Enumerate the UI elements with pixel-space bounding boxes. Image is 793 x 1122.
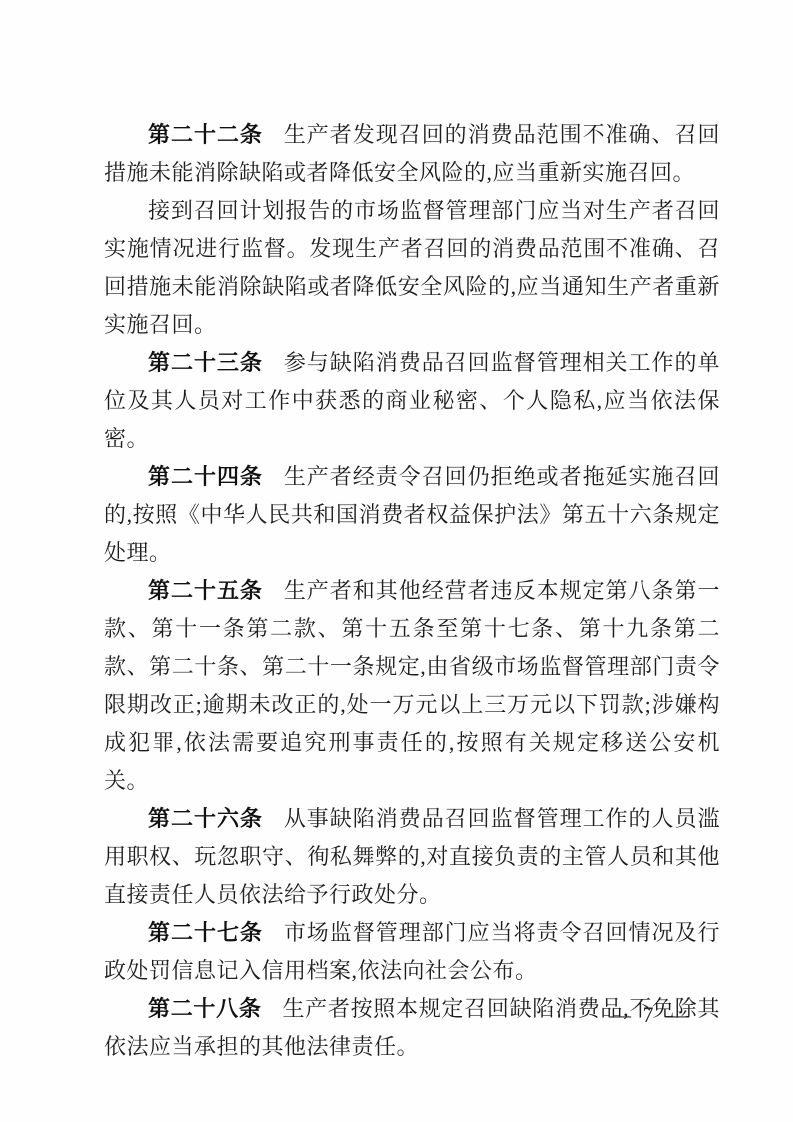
article-25: 第二十五条生产者和其他经营者违反本规定第八条第一款、第十一条第二款、第十五条至第… bbox=[104, 572, 720, 800]
article-paragraph: 接到召回计划报告的市场监督管理部门应当对生产者召回实施情况进行监督。发现生产者召… bbox=[104, 192, 720, 344]
article-text: 生产者和其他经营者违反本规定第八条第一款、第十一条第二款、第十五条至第十七条、第… bbox=[104, 578, 720, 793]
article-number: 第二十四条 bbox=[148, 464, 263, 489]
page-number: — 7 — bbox=[609, 1002, 690, 1027]
article-number: 第二十二条 bbox=[148, 122, 263, 147]
article-number: 第二十三条 bbox=[148, 350, 263, 375]
article-22: 第二十二条生产者发现召回的消费品范围不准确、召回措施未能消除缺陷或者降低安全风险… bbox=[104, 116, 720, 344]
article-number: 第二十六条 bbox=[148, 806, 263, 831]
article-26: 第二十六条从事缺陷消费品召回监督管理工作的人员滥用职权、玩忽职守、徇私舞弊的,对… bbox=[104, 800, 720, 914]
page-footer: — 7 — bbox=[609, 996, 690, 1034]
article-number: 第二十八条 bbox=[148, 996, 262, 1021]
article-paragraph: 第二十五条生产者和其他经营者违反本规定第八条第一款、第十一条第二款、第十五条至第… bbox=[104, 572, 720, 800]
article-23: 第二十三条参与缺陷消费品召回监督管理相关工作的单位及其人员对工作中获悉的商业秘密… bbox=[104, 344, 720, 458]
article-paragraph: 第二十三条参与缺陷消费品召回监督管理相关工作的单位及其人员对工作中获悉的商业秘密… bbox=[104, 344, 720, 458]
article-number: 第二十五条 bbox=[148, 578, 263, 603]
document-page: 第二十二条生产者发现召回的消费品范围不准确、召回措施未能消除缺陷或者降低安全风险… bbox=[0, 0, 793, 1122]
article-paragraph: 第二十二条生产者发现召回的消费品范围不准确、召回措施未能消除缺陷或者降低安全风险… bbox=[104, 116, 720, 192]
article-paragraph: 第二十四条生产者经责令召回仍拒绝或者拖延实施召回的,按照《中华人民共和国消费者权… bbox=[104, 458, 720, 572]
article-27: 第二十七条市场监督管理部门应当将责令召回情况及行政处罚信息记入信用档案,依法向社… bbox=[104, 914, 720, 990]
document-body: 第二十二条生产者发现召回的消费品范围不准确、召回措施未能消除缺陷或者降低安全风险… bbox=[104, 116, 720, 1066]
article-24: 第二十四条生产者经责令召回仍拒绝或者拖延实施召回的,按照《中华人民共和国消费者权… bbox=[104, 458, 720, 572]
article-paragraph: 第二十七条市场监督管理部门应当将责令召回情况及行政处罚信息记入信用档案,依法向社… bbox=[104, 914, 720, 990]
article-number: 第二十七条 bbox=[148, 920, 263, 945]
article-paragraph: 第二十六条从事缺陷消费品召回监督管理工作的人员滥用职权、玩忽职守、徇私舞弊的,对… bbox=[104, 800, 720, 914]
